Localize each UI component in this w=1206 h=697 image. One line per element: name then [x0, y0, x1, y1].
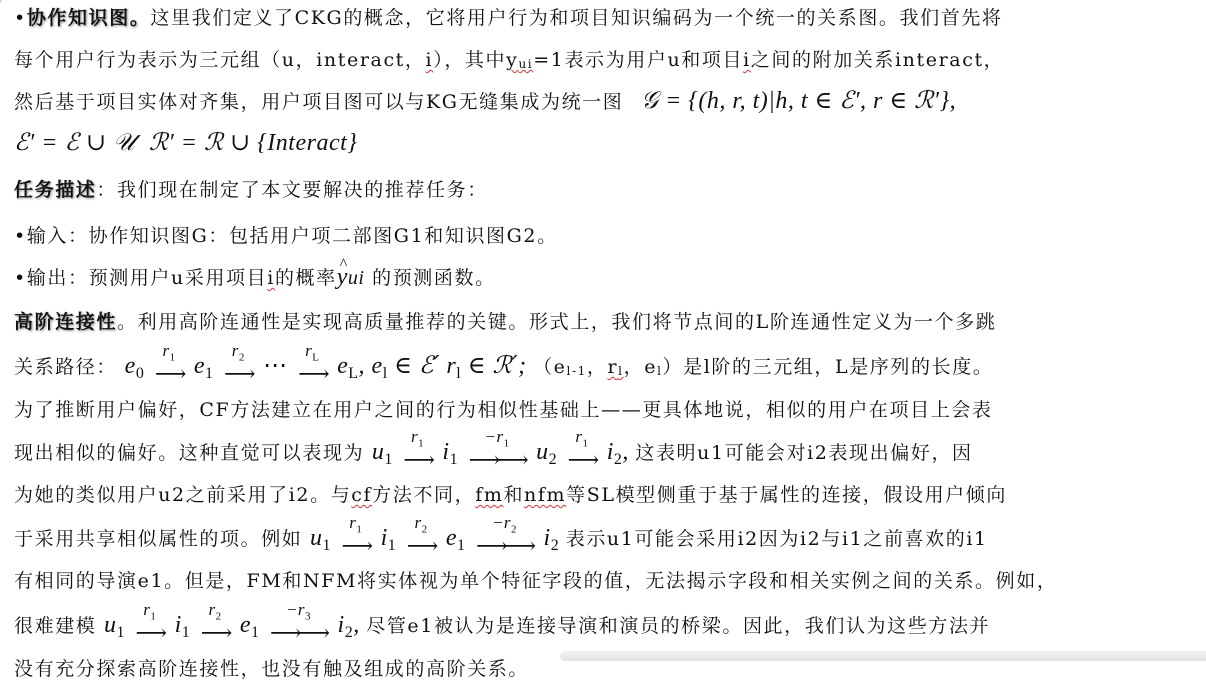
high-order-line-3: 为了推断用户偏好，CF方法建立在用户之间的行为相似性基础上——更具体地说，相似的… — [14, 395, 993, 425]
text: 。利用高阶连通性是实现高质量推荐的关键。形式上，我们将节点间的L阶连通性定义为一… — [117, 311, 996, 333]
text: 然后基于项目实体对齐集，用户项目图可以与KG无缝集成为统一图 — [14, 91, 623, 113]
text: 为了推断用户偏好，CF方法建立在用户之间的行为相似性基础上——更具体地说，相似的… — [14, 399, 993, 421]
high-order-heading: 高阶连接性 — [14, 311, 117, 333]
spellcheck-word: rl — [607, 356, 623, 378]
text: ， — [587, 356, 608, 378]
arrow-icon: r1⟶ — [403, 445, 432, 475]
output-bullet-line: •输出：预测用户u采用项目i的概率yui 的预测函数。 — [14, 262, 496, 293]
cf-path-formula: u1 r1⟶ i1 −r1⟶⟶ u2 r1⟶ i2, — [372, 439, 636, 465]
spellcheck-word: nfm — [524, 484, 566, 506]
high-order-line-1: 高阶连接性。利用高阶连通性是实现高质量推荐的关键。形式上，我们将节点间的L阶连通… — [14, 307, 996, 337]
document-page: •协作知识图。这里我们定义了CKG的概念，它将用户行为和项目知识编码为一个统一的… — [0, 0, 1206, 697]
arrow-icon: −r3⟶⟶ — [270, 618, 327, 648]
text: 为她的类似用户u2之前采用了i2。与 — [14, 484, 351, 506]
arrow-icon: r2⟶ — [407, 531, 436, 561]
task-description-line: 任务描述：我们现在制定了本文要解决的推荐任务： — [14, 175, 488, 205]
text: 于采用共享相似属性的项。例如 — [14, 528, 302, 550]
high-order-line-9: 没有充分探索高阶连接性，也没有触及组成的高阶关系。 — [14, 654, 529, 684]
spellcheck-word: i — [267, 267, 275, 289]
r-symbol: r — [607, 356, 618, 378]
relation-set-formula: ℛ′ = ℛ ∪ {Interact} — [149, 130, 358, 156]
text: 很难建模 — [14, 615, 96, 637]
page-corner-mark — [0, 0, 11, 7]
text: 没有充分探索高阶连接性，也没有触及组成的高阶关系。 — [14, 658, 529, 680]
spellcheck-word: fm — [475, 484, 503, 506]
hard-path-formula: u1 r1⟶ i1 r2⟶ e1 −r3⟶⟶ i2, — [104, 612, 366, 638]
arrow-icon: r1⟶ — [136, 618, 165, 648]
ckg-heading: 协作知识图。 — [27, 7, 151, 29]
subscript: l-1 — [567, 364, 587, 378]
text: 等SL模型侧重于基于属性的连接，假设用户倾向 — [566, 484, 1007, 506]
high-order-line-6: 于采用共享相似属性的项。例如 u1 r1⟶ i1 r2⟶ e1 −r2⟶⟶ i2… — [14, 523, 988, 561]
ckg-paragraph-line-1: •协作知识图。这里我们定义了CKG的概念，它将用户行为和项目知识编码为一个统一的… — [14, 3, 1003, 33]
subscript: ui — [348, 267, 365, 289]
arrow-icon: r1⟶ — [568, 445, 597, 475]
arrow-icon: −r1⟶⟶ — [469, 445, 526, 475]
high-order-line-5: 为她的类似用户u2之前采用了i2。与cf方法不同，fm和nfm等SL模型侧重于基… — [14, 480, 1007, 510]
arrow-icon: rL⟶ — [298, 359, 327, 389]
arrow-icon: r1⟶ — [342, 531, 371, 561]
text: 尽管e1被认为是连接导演和演员的桥梁。因此，我们认为这些方法并 — [366, 615, 990, 637]
ckg-paragraph-line-2: 每个用户行为表示为三元组（u，interact，i），其中yui=1表示为用户u… — [14, 45, 1004, 79]
text: 这表明u1可能会对i2表现出偏好，因 — [635, 442, 972, 464]
high-order-line-7: 有相同的导演e1。但是，FM和NFM将实体视为单个特征字段的值，无法揭示字段和相… — [14, 566, 1057, 596]
text: 输入：协作知识图G：包括用户项二部图G1和知识图G2。 — [27, 225, 558, 247]
text: 现出相似的偏好。这种直觉可以表现为 — [14, 442, 364, 464]
arrow-icon: r2⟶ — [224, 359, 253, 389]
input-bullet-line: •输入：协作知识图G：包括用户项二部图G1和知识图G2。 — [14, 221, 558, 251]
spellcheck-word: cf — [351, 484, 372, 506]
y-hat: y — [337, 262, 348, 292]
y-hat-formula: yui — [337, 264, 365, 290]
ckg-paragraph-line-3: 然后基于项目实体对齐集，用户项目图可以与KG无缝集成为统一图 𝒢 = {(h, … — [14, 86, 956, 117]
text: ：我们现在制定了本文要解决的推荐任务： — [96, 179, 487, 201]
spellcheck-word: yui — [506, 49, 533, 71]
sl-path-formula: u1 r1⟶ i1 r2⟶ e1 −r2⟶⟶ i2 — [310, 525, 566, 551]
text: 和 — [503, 484, 524, 506]
text: （e — [533, 356, 566, 378]
text: ），其中 — [433, 49, 506, 71]
high-order-line-4: 现出相似的偏好。这种直觉可以表现为 u1 r1⟶ i1 −r1⟶⟶ u2 r1⟶… — [14, 437, 973, 475]
arrow-icon: −r2⟶⟶ — [476, 531, 533, 561]
text: ）是l阶的三元组，L是序列的长度。 — [663, 356, 994, 378]
task-heading: 任务描述 — [14, 179, 96, 201]
text: 输出：预测用户u采用项目 — [27, 267, 267, 289]
entity-set-formula: ℰ′ = ℰ ∪ 𝒰 — [14, 130, 135, 156]
text: 的概率 — [275, 267, 337, 289]
spellcheck-word: i — [743, 49, 751, 71]
high-order-line-8: 很难建模 u1 r1⟶ i1 r2⟶ e1 −r3⟶⟶ i2, 尽管e1被认为是… — [14, 610, 990, 648]
subscript: ui — [518, 57, 533, 71]
text: 有相同的导演e1。但是，FM和NFM将实体视为单个特征字段的值，无法揭示字段和相… — [14, 570, 1057, 592]
text: 之间的附加关系interact， — [751, 49, 1004, 71]
ckg-text: 这里我们定义了CKG的概念，它将用户行为和项目知识编码为一个统一的关系图。我们首… — [150, 7, 1002, 29]
text: ，e — [624, 356, 657, 378]
relation-path-formula: e0 r1⟶ e1 r2⟶ ⋯ rL⟶ eL, el ∈ ℰ′ rl ∈ ℛ′; — [125, 353, 533, 379]
bullet: • — [14, 225, 27, 247]
text: 表示u1可能会采用i2因为i2与i1之前喜欢的i1 — [566, 528, 988, 550]
text: 的预测函数。 — [364, 267, 495, 289]
high-order-line-2: 关系路径： e0 r1⟶ e1 r2⟶ ⋯ rL⟶ eL, el ∈ ℰ′ rl… — [14, 350, 993, 389]
arrow-icon: r2⟶ — [201, 618, 230, 648]
y-symbol: y — [506, 49, 518, 71]
text: 关系路径： — [14, 356, 117, 378]
bullet: • — [14, 7, 27, 29]
graph-formula: 𝒢 = {(h, r, t)|h, t ∈ ℰ′, r ∈ ℛ′}, — [641, 88, 956, 114]
bullet: • — [14, 267, 27, 289]
text: 每个用户行为表示为三元组（u，interact， — [14, 49, 426, 71]
text: =1表示为用户u和项目 — [533, 49, 743, 71]
page-edge-shadow — [560, 651, 1206, 661]
text: 方法不同， — [372, 484, 475, 506]
arrow-icon: r1⟶ — [155, 359, 184, 389]
ckg-paragraph-line-4: ℰ′ = ℰ ∪ 𝒰 ℛ′ = ℛ ∪ {Interact} — [14, 128, 357, 159]
